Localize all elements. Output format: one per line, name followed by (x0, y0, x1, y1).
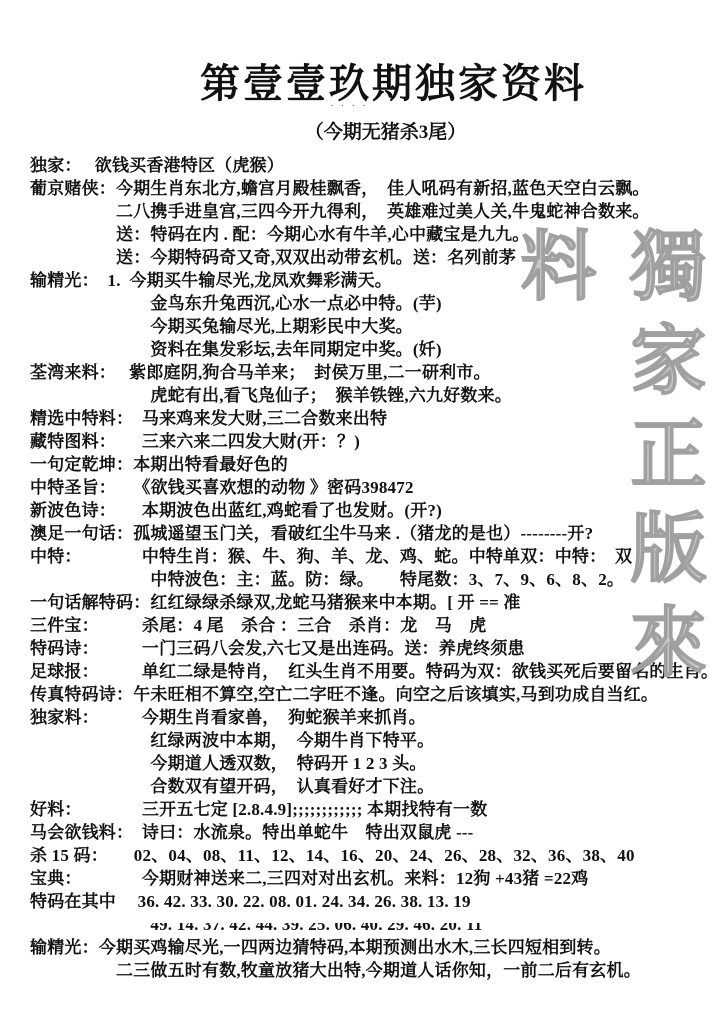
text-line: 新波色诗： 本期波色出蓝红,鸡蛇看了也发财。(开?) (30, 499, 723, 522)
page-subtitle: （今期无猪杀3尾） (24, 109, 723, 144)
text-line: 藏特图料： 三来六来二四发大财(开：？) (30, 430, 723, 453)
text-line: 合数双有望开码， 认真看好才下注。 (30, 775, 723, 798)
text-line: 送：今期特码奇又奇,双双出动带玄机。送：名列前茅 (30, 246, 723, 269)
text-line: 独家料： 今期生肖看家兽， 狗蛇猴羊来抓肖。 (30, 706, 723, 729)
text-line: 二三做五时有数,牧童放猪大出特,今期道人话你知，一前二后有玄机。 (30, 959, 723, 982)
text-line: 马会欲钱料： 诗曰：水流泉。特出单蛇牛 特出双鼠虎 --- (30, 821, 723, 844)
text-line: 红绿两波中本期， 今期牛肖下特平。 (30, 729, 723, 752)
text-line: 输精光：今期买鸡输尽光,一四两边猜特码,本期预测出水木,三长四短相到转。 (30, 936, 723, 959)
text-line: 独家： 欲钱买香港特区（虎猴） (30, 154, 723, 177)
text-line: 葡京赌侠：今期生肖东北方,蟾宫月殿桂飘香， 佳人吼码有新招,蓝色天空白云飘。 (30, 177, 723, 200)
text-line: 49. 14. 37. 42. 44. 39. 25. 06. 40. 29. … (30, 913, 723, 936)
text-line: 虎蛇有出,看飞凫仙子； 猴羊铁锉,六九好数来。 (30, 384, 723, 407)
text-line: 特码诗： 一门三码八会发,六七又是出连码。送：养虎终须患 (30, 637, 723, 660)
text-line: 荃湾来料： 紫郎庭阴,狗合马羊来； 封侯万里,二一研利市。 (30, 361, 723, 384)
document-page: 第壹壹玖期独家资料 ···· （今期无猪杀3尾） 独家： 欲钱买香港特区（虎猴）… (0, 0, 723, 1024)
text-line: 杀 15 码： 02、04、08、11、12、14、16、20、24、26、28… (30, 844, 723, 867)
text-line: 中特： 中特生肖：猴、牛、狗、羊、龙、鸡、蛇。中特单双：中特： 双 (30, 545, 723, 568)
text-line: 好料： 三开五七定 [2.8.4.9];;;;;;;;;;;; 本期找特有一数 (30, 798, 723, 821)
text-line: 一句定乾坤：本期出特看最好色的 (30, 453, 723, 476)
text-line: 三件宝： 杀尾：4 尾 杀合 ：三合 杀肖：龙 马 虎 (30, 614, 723, 637)
text-line: 精选中特料： 马来鸡来发大财,三二合数来出特 (30, 407, 723, 430)
text-line: 一句话解特码：红红绿绿杀绿双,龙蛇马猪猴来中本期。[ 开 == 准 (30, 591, 723, 614)
text-line: 资料在集发彩坛,去年同期定中奖。(奷) (30, 338, 723, 361)
text-line: 今期买兔输尽光,上期彩民中大奖。 (30, 315, 723, 338)
text-line: 今期道人透双数， 特码开 1 2 3 头。 (30, 752, 723, 775)
page-title: 第壹壹玖期独家资料 (32, 0, 723, 109)
text-line: 中特波色：主：蓝。防：绿。 特尾数：3、7、9、6、8、2。 (30, 568, 723, 591)
text-line: 中特圣旨： 《欲钱买喜欢想的动物 》密码398472 (30, 476, 723, 499)
text-line: 足球报： 单红二绿是特肖， 红头生肖不用要。特码为双：欲钱买死后要留名的生肖。 (30, 660, 723, 683)
text-line: 金鸟东升兔西沉,心水一点必中特。(芋) (30, 292, 723, 315)
text-line: 二八携手进皇宫,三四今开九得利， 英雄难过美人关,牛鬼蛇神合数来。 (30, 200, 723, 223)
text-line: 传真特码诗：午未旺相不算空,空亡二字旺不逢。向空之后该填实,马到功成自当红。 (30, 683, 723, 706)
text-line: 送：特码在内 . 配：今期心水有牛羊,心中藏宝是九九。 (30, 223, 723, 246)
text-line: 宝典： 今期财神送来二,三四对对出玄机。来料：12狗 +43猪 =22鸡 (30, 867, 723, 890)
text-line: 输精光： 1. 今期买牛输尽光,龙凤欢舞彩满天。 (30, 269, 723, 292)
text-line: 澳足一句话：孤城遥望玉门关，看破红尘牛马来 .（猪龙的是也）--------开? (30, 522, 723, 545)
lines: 独家： 欲钱买香港特区（虎猴）葡京赌侠：今期生肖东北方,蟾宫月殿桂飘香， 佳人吼… (0, 154, 723, 982)
text-line: 特码在其中 36. 42. 33. 30. 22. 08. 01. 24. 34… (30, 890, 723, 913)
